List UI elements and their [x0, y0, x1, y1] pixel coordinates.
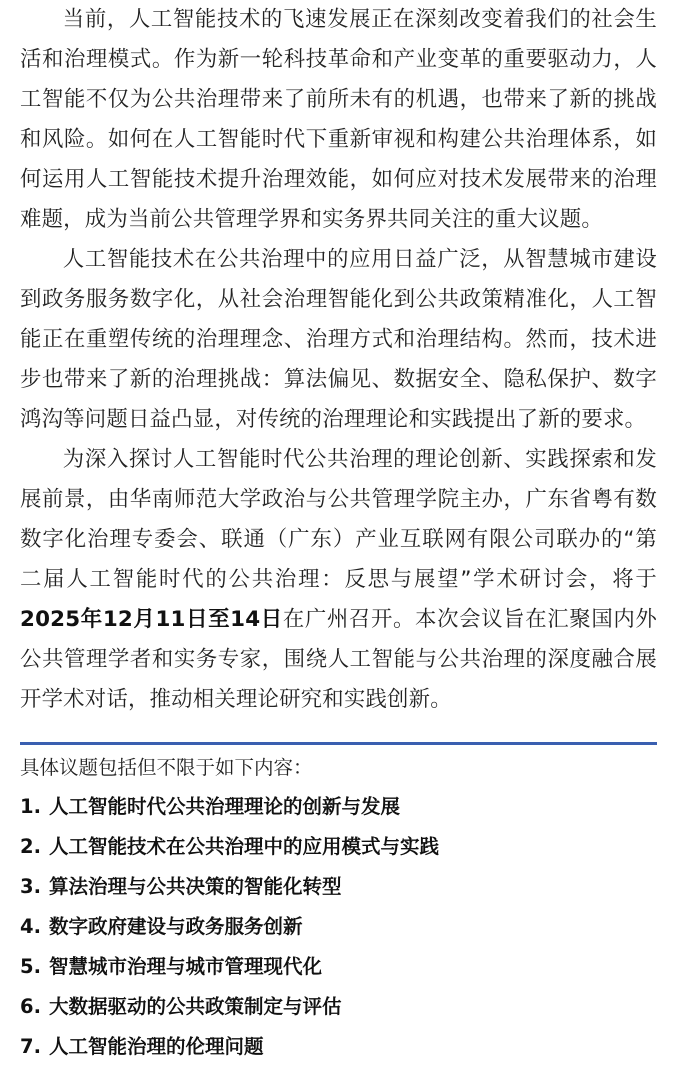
topic-label: 人工智能技术在公共治理中的应用模式与实践: [49, 827, 439, 867]
topic-item: 3.算法治理与公共决策的智能化转型: [20, 867, 657, 907]
topic-label: 智慧城市治理与城市管理现代化: [49, 947, 322, 987]
topic-number: 3.: [20, 867, 41, 907]
paragraph-conference: 为深入探讨人工智能时代公共治理的理论创新、实践探索和发展前景，由华南师范大学政治…: [20, 440, 657, 720]
section-divider: [20, 742, 657, 745]
topic-number: 2.: [20, 827, 41, 867]
topic-label: 大数据驱动的公共政策制定与评估: [49, 987, 342, 1027]
topic-label: 算法治理与公共决策的智能化转型: [49, 867, 342, 907]
topic-label: 人工智能治理的伦理问题: [49, 1027, 264, 1067]
topics-intro: 具体议题包括但不限于如下内容：: [20, 749, 657, 787]
topic-item: 6.大数据驱动的公共政策制定与评估: [20, 987, 657, 1027]
topic-item: 4.数字政府建设与政务服务创新: [20, 907, 657, 947]
article-body: 当前，人工智能技术的飞速发展正在深刻改变着我们的社会生活和治理模式。作为新一轮科…: [0, 0, 678, 1067]
topic-item: 2.人工智能技术在公共治理中的应用模式与实践: [20, 827, 657, 867]
topic-label: 人工智能时代公共治理理论的创新与发展: [49, 787, 400, 827]
paragraph-applications: 人工智能技术在公共治理中的应用日益广泛，从智慧城市建设到政务服务数字化，从社会治…: [20, 240, 657, 440]
conference-date: 2025年12月11日至14日: [20, 607, 283, 632]
topic-number: 6.: [20, 987, 41, 1027]
topic-number: 5.: [20, 947, 41, 987]
topic-item: 5.智慧城市治理与城市管理现代化: [20, 947, 657, 987]
topic-item: 7.人工智能治理的伦理问题: [20, 1027, 657, 1067]
topic-number: 1.: [20, 787, 41, 827]
topic-item: 1.人工智能时代公共治理理论的创新与发展: [20, 787, 657, 827]
topic-label: 数字政府建设与政务服务创新: [49, 907, 303, 947]
topic-list: 1.人工智能时代公共治理理论的创新与发展 2.人工智能技术在公共治理中的应用模式…: [20, 787, 657, 1067]
paragraph-intro: 当前，人工智能技术的飞速发展正在深刻改变着我们的社会生活和治理模式。作为新一轮科…: [20, 0, 657, 240]
topic-number: 4.: [20, 907, 41, 947]
topic-number: 7.: [20, 1027, 41, 1067]
conference-text-before: 为深入探讨人工智能时代公共治理的理论创新、实践探索和发展前景，由华南师范大学政治…: [20, 447, 657, 592]
